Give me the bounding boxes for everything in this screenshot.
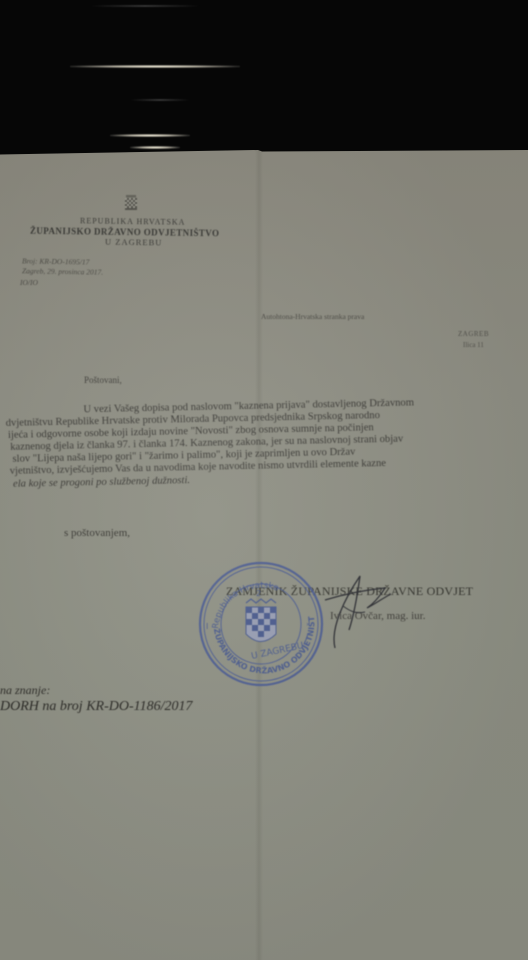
document-page: REPUBLIKA HRVATSKA ŽUPANIJSKO DRŽAVNO OD… — [0, 150, 528, 960]
handwritten-signature — [305, 568, 395, 658]
stamp-side-mark: I — [206, 622, 208, 631]
light-reflection — [90, 5, 200, 7]
light-reflection — [70, 65, 240, 68]
coat-of-arms-icon — [246, 599, 276, 642]
letter-body: U vezi Vašeg dopisa pod naslovom "kaznen… — [0, 150, 528, 550]
body-line: ela koje se progoni po službenoj dužnost… — [13, 475, 190, 490]
closing: s poštovanjem, — [64, 527, 130, 539]
dark-background — [0, 0, 528, 160]
light-reflection — [110, 134, 190, 137]
stamp-number: 2 — [256, 589, 261, 598]
light-reflection — [130, 99, 190, 101]
cc-label: na znanje: — [0, 683, 50, 698]
cc-item: DORH na broj KR-DO-1186/2017 — [0, 699, 193, 715]
light-reflection — [130, 146, 180, 149]
